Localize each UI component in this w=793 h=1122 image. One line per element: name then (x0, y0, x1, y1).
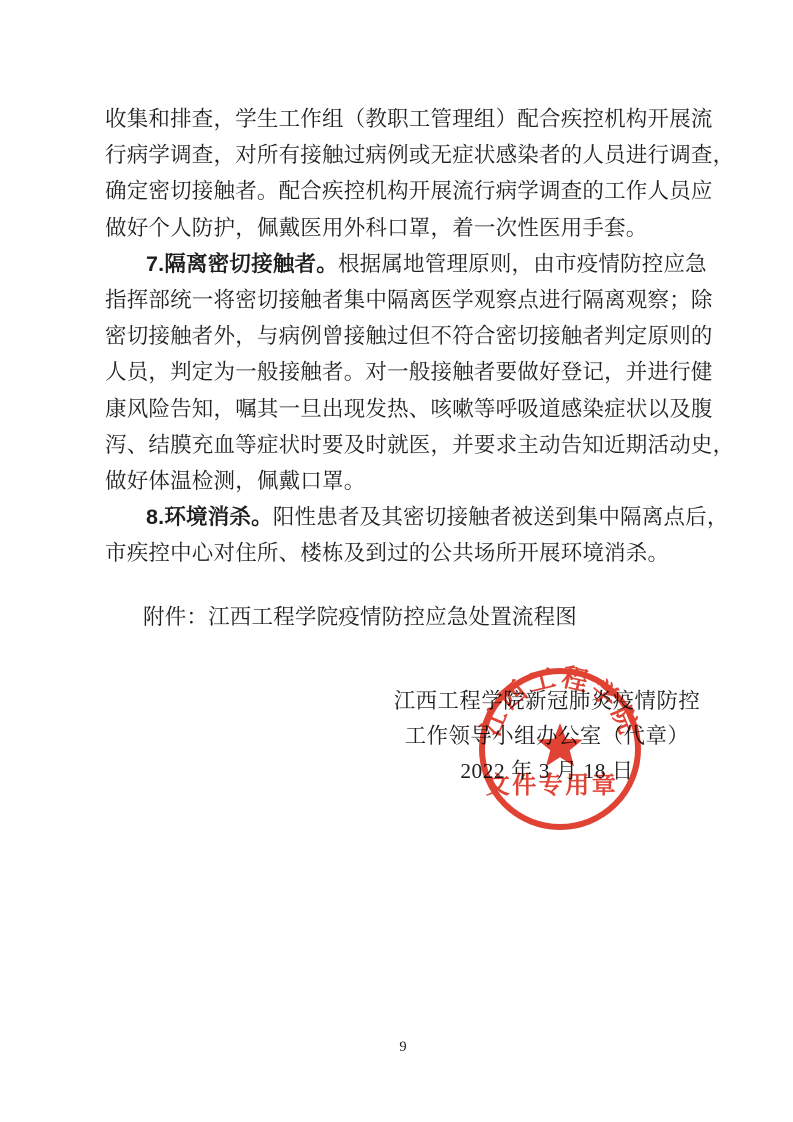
paragraph-text: 收集和排查，学生工作组（教职工管理组）配合疾控机构开展流 (105, 107, 713, 131)
signature-date: 2022 年 3 月 18 日 (387, 754, 707, 789)
body-line: 行病学调查，对所有接触过病例或无症状感染者的人员进行调查， (105, 137, 725, 173)
paragraph-text: 行病学调查，对所有接触过病例或无症状感染者的人员进行调查， (105, 143, 734, 167)
document-page: 收集和排查，学生工作组（教职工管理组）配合疾控机构开展流行病学调查，对所有接触过… (0, 0, 793, 1122)
body-line: 做好体温检测，佩戴口罩。 (105, 463, 725, 499)
paragraph-text: 确定密切接触者。配合疾控机构开展流行病学调查的工作人员应 (105, 179, 713, 203)
paragraph-text: 人员，判定为一般接触者。对一般接触者要做好登记，并进行健 (105, 360, 713, 384)
page-number: 9 (0, 1039, 793, 1056)
document-body: 收集和排查，学生工作组（教职工管理组）配合疾控机构开展流行病学调查，对所有接触过… (105, 101, 725, 636)
paragraph-text: 康风险告知，嘱其一旦出现发热、咳嗽等呼吸道感染症状以及腹 (105, 397, 713, 421)
body-line: 康风险告知，嘱其一旦出现发热、咳嗽等呼吸道感染症状以及腹 (105, 391, 725, 427)
signature-org-line-2: 工作领导小组办公室（代章） (387, 719, 707, 754)
body-line: 收集和排查，学生工作组（教职工管理组）配合疾控机构开展流 (105, 101, 725, 137)
paragraph-text: 根据属地管理原则，由市疫情防控应急 (338, 252, 707, 276)
body-line: 指挥部统一将密切接触者集中隔离医学观察点进行隔离观察；除 (105, 282, 725, 318)
body-line: 市疾控中心对住所、楼栋及到过的公共场所开展环境消杀。 (105, 535, 725, 571)
body-line: 7.隔离密切接触者。根据属地管理原则，由市疫情防控应急 (105, 246, 725, 282)
paragraph-text: 做好个人防护，佩戴医用外科口罩，着一次性医用手套。 (105, 216, 648, 240)
body-line: 做好个人防护，佩戴医用外科口罩，着一次性医用手套。 (105, 210, 725, 246)
paragraph-text: 泻、结膜充血等症状时要及时就医，并要求主动告知近期活动史， (105, 433, 734, 457)
paragraph-text: 指挥部统一将密切接触者集中隔离医学观察点进行隔离观察；除 (105, 288, 713, 312)
paragraph-text: 做好体温检测，佩戴口罩。 (105, 469, 365, 493)
body-line: 泻、结膜充血等症状时要及时就医，并要求主动告知近期活动史， (105, 427, 725, 463)
body-line: 密切接触者外，与病例曾接触过但不符合密切接触者判定原则的 (105, 318, 725, 354)
paragraph-lead-text: 8.环境消杀。 (146, 505, 273, 529)
signature-block: 江西工程学院新冠肺炎疫情防控 工作领导小组办公室（代章） 2022 年 3 月 … (387, 684, 707, 789)
paragraph-text: 密切接触者外，与病例曾接触过但不符合密切接触者判定原则的 (105, 324, 713, 348)
signature-org-line-1: 江西工程学院新冠肺炎疫情防控 (387, 684, 707, 719)
body-line: 人员，判定为一般接触者。对一般接触者要做好登记，并进行健 (105, 354, 725, 390)
paragraph-text: 阳性患者及其密切接触者被送到集中隔离点后， (273, 505, 729, 529)
body-line: 8.环境消杀。阳性患者及其密切接触者被送到集中隔离点后， (105, 499, 725, 535)
body-line: 确定密切接触者。配合疾控机构开展流行病学调查的工作人员应 (105, 173, 725, 209)
paragraph-text: 市疾控中心对住所、楼栋及到过的公共场所开展环境消杀。 (105, 541, 669, 565)
paragraph-lead-text: 7.隔离密切接触者。 (146, 252, 338, 276)
attachment-line: 附件：江西工程学院疫情防控应急处置流程图 (105, 599, 725, 635)
